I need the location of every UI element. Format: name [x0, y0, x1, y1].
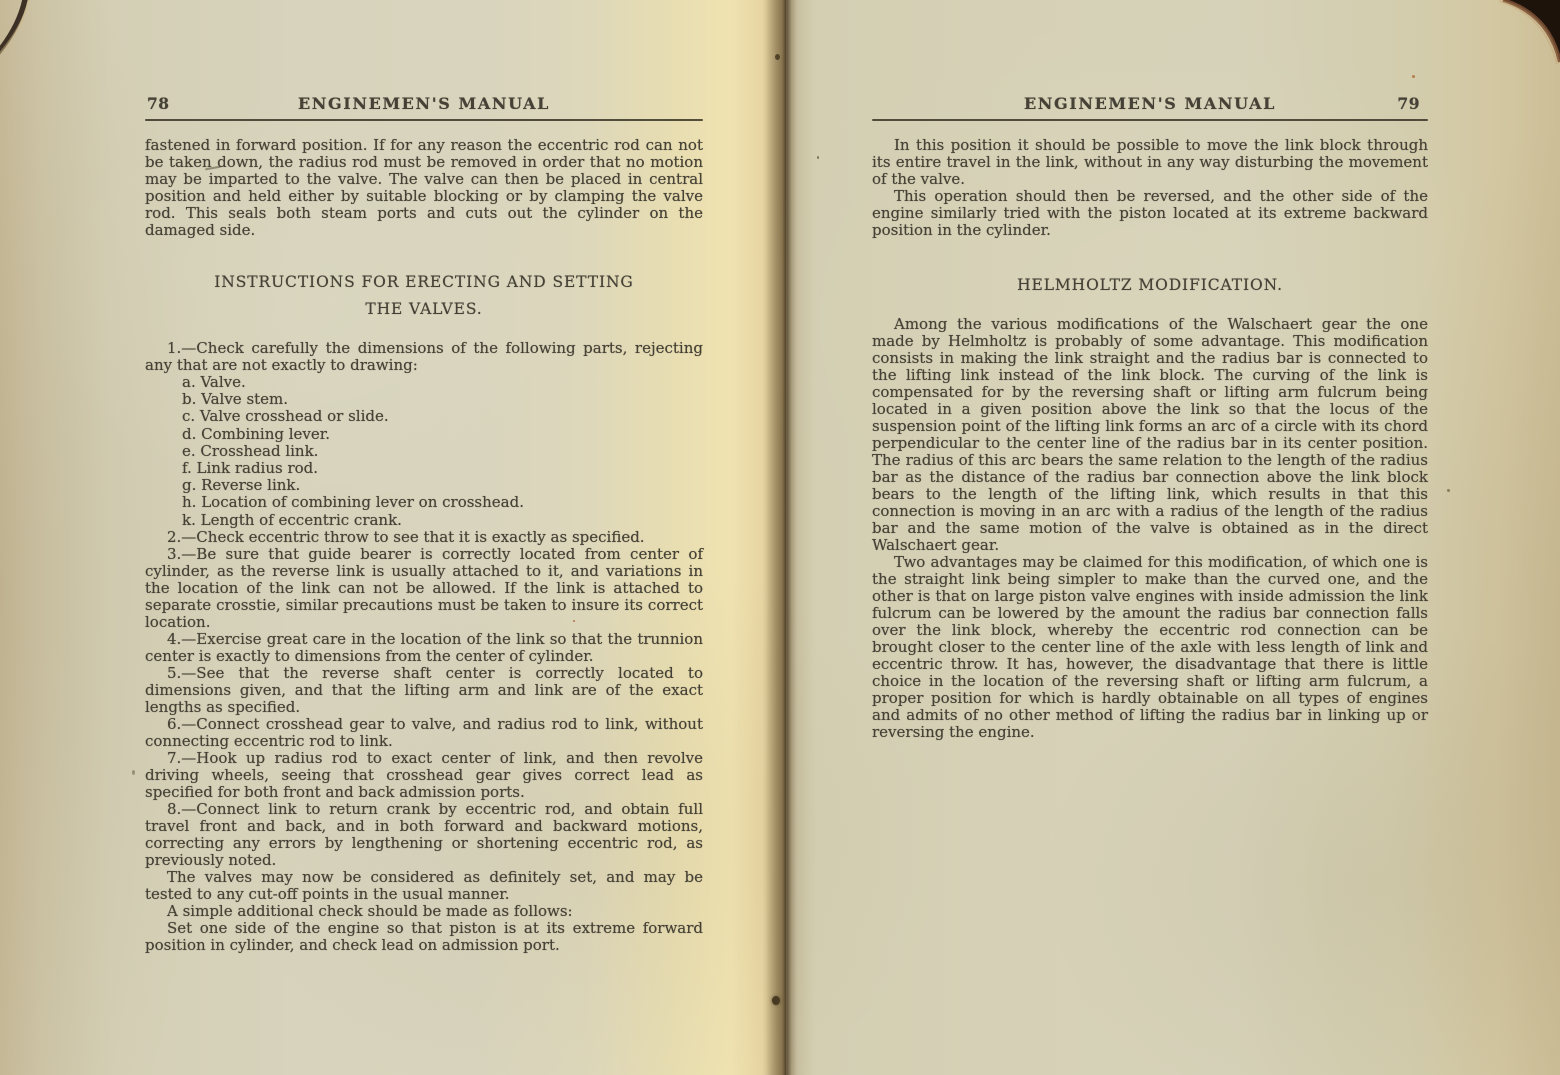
closing-paragraph-3: Set one side of the engine so that pisto… [145, 920, 703, 954]
instruction-item-5: 5.—See that the reverse shaft center is … [145, 665, 703, 716]
right-top-paragraph-1: In this position it should be possible t… [872, 137, 1428, 188]
checklist-item-h: h. Location of combining lever on crossh… [182, 494, 703, 511]
instruction-item-1: 1.—Check carefully the dimensions of the… [145, 340, 703, 374]
left-page-text-block: 78 ENGINEMEN'S MANUAL fastened in forwar… [145, 88, 703, 954]
checklist-item-g: g. Reverse link. [182, 477, 703, 494]
checklist-item-a: a. Valve. [182, 374, 703, 391]
checklist-item-f: f. Link radius rod. [182, 460, 703, 477]
instruction-item-8: 8.—Connect link to return crank by eccen… [145, 801, 703, 869]
closing-paragraph-2: A simple additional check should be made… [145, 903, 703, 920]
left-header-rule [145, 119, 703, 121]
section-heading-helmholtz: HELMHOLTZ MODIFICATION. [872, 272, 1428, 299]
section-heading-valves: INSTRUCTIONS FOR ERECTING AND SETTING TH… [145, 269, 703, 323]
book-scan: 78 ENGINEMEN'S MANUAL fastened in forwar… [0, 0, 1560, 1075]
instruction-item-6: 6.—Connect crosshead gear to valve, and … [145, 716, 703, 750]
helmholtz-paragraph-2: Two advantages may be claimed for this m… [872, 554, 1428, 741]
right-page-header: ENGINEMEN'S MANUAL 79 [872, 88, 1428, 112]
right-page-text-block: ENGINEMEN'S MANUAL 79 In this position i… [872, 88, 1428, 741]
instruction-item-2: 2.—Check eccentric throw to see that it … [145, 529, 703, 546]
section-heading-line2: THE VALVES. [145, 296, 703, 323]
instruction-item-4: 4.—Exercise great care in the location o… [145, 631, 703, 665]
right-running-title: ENGINEMEN'S MANUAL [872, 95, 1428, 112]
checklist-item-c: c. Valve crosshead or slide. [182, 408, 703, 425]
right-page-number: 79 [1397, 95, 1420, 112]
checklist-item-k: k. Length of eccentric crank. [182, 512, 703, 529]
section-heading-line1: INSTRUCTIONS FOR ERECTING AND SETTING [145, 269, 703, 296]
checklist-item-e: e. Crosshead link. [182, 443, 703, 460]
right-top-paragraph-2: This operation should then be reversed, … [872, 188, 1428, 239]
continuation-paragraph: fastened in forward position. If for any… [145, 137, 703, 239]
checklist-item-d: d. Combining lever. [182, 426, 703, 443]
checklist-item-b: b. Valve stem. [182, 391, 703, 408]
parts-checklist: a. Valve. b. Valve stem. c. Valve crossh… [182, 374, 703, 529]
right-header-rule [872, 119, 1428, 121]
closing-paragraph-1: The valves may now be considered as defi… [145, 869, 703, 903]
helmholtz-paragraph-1: Among the various modifications of the W… [872, 316, 1428, 554]
left-running-title: ENGINEMEN'S MANUAL [145, 95, 703, 112]
instruction-item-3: 3.—Be sure that guide bearer is correctl… [145, 546, 703, 631]
instruction-item-7: 7.—Hook up radius rod to exact center of… [145, 750, 703, 801]
left-page-header: 78 ENGINEMEN'S MANUAL [145, 88, 703, 112]
